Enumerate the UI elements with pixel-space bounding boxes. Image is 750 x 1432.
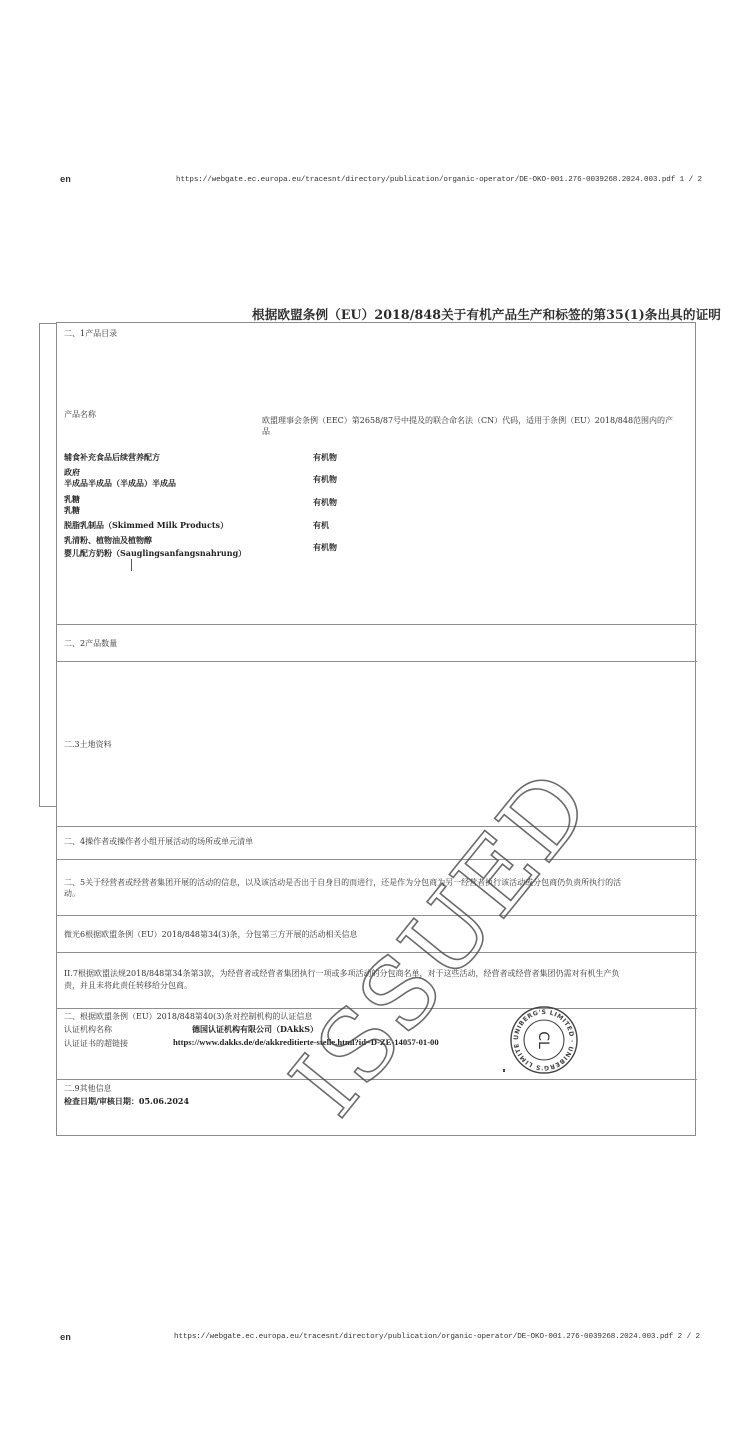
ink-dot — [503, 1069, 505, 1072]
product-3-line-0: 脱脂乳制品（Skimmed Milk Products） — [64, 520, 228, 531]
product-2-status: 有机物 — [313, 497, 337, 508]
page-language: en — [60, 175, 71, 185]
product-2-line-1: 乳糖 — [64, 505, 80, 516]
text-cursor-mark — [131, 559, 132, 571]
seal-center-text: CL — [535, 1031, 551, 1049]
document-title: 根据欧盟条例（EU）2018/848关于有机产品生产和标签的第35(1)条出具的… — [252, 304, 721, 323]
divider — [56, 661, 697, 662]
section-3-heading: 二.3土地资料 — [64, 739, 112, 750]
cn-code-note: 欧盟理事会条例（EEC）第2658/87号中提及的联合命名法（CN）代码，适用于… — [262, 415, 673, 426]
product-0-line-0: 辅食补充食品后续营养配方 — [64, 452, 160, 463]
section-9-heading: 二.9其他信息 — [64, 1083, 112, 1094]
product-name-label: 产品名称 — [64, 409, 96, 420]
section-6-heading: 微光6根据欧盟条例（EU）2018/848第34(3)条，分包第三方开展的活动相… — [64, 929, 358, 940]
cert-link-label: 认证证书的超链接 — [64, 1038, 128, 1049]
cert-body-label: 认证机构名称 — [64, 1024, 112, 1035]
cn-code-note-cont: 品 — [262, 426, 270, 437]
product-1-line-1: 半成品半成品（半成品）半成品 — [64, 478, 176, 489]
product-4-line-1: 婴儿配方奶粉（Sauglingsanfangsnahrung） — [64, 548, 246, 559]
divider — [56, 624, 697, 625]
source-url-link[interactable]: https://webgate.ec.europa.eu/tracesnt/di… — [176, 176, 675, 184]
section-2-heading: 二、2产品数量 — [64, 638, 117, 649]
company-seal-icon: UNIBERG'S LIMITED · UNIBERG'S LIMITED · … — [508, 1004, 580, 1076]
section-1-heading: 二、1产品目录 — [64, 328, 117, 339]
inspection-date: 检查日期/审核日期：05.06.2024 — [64, 1096, 189, 1107]
divider — [56, 859, 697, 860]
product-1-status: 有机物 — [313, 474, 337, 485]
source-url-link-2[interactable]: https://webgate.ec.europa.eu/tracesnt/di… — [174, 1333, 673, 1341]
product-4-status: 有机物 — [313, 542, 337, 553]
divider — [56, 915, 697, 916]
product-2-line-0: 乳糖 — [64, 494, 80, 505]
section-4-heading: 二、4操作者或操作者小组开展活动的场所或单元清单 — [64, 836, 253, 847]
page-source-url-2: https://webgate.ec.europa.eu/tracesnt/di… — [174, 1333, 700, 1341]
page-number-2: 2 / 2 — [678, 1333, 700, 1341]
section-5-heading-cont: 动。 — [64, 888, 80, 899]
section-7-heading-cont: 责，并且未将此责任转移给分包商。 — [64, 980, 192, 991]
product-1-line-0: 政府 — [64, 467, 80, 478]
product-3-status: 有机 — [313, 520, 329, 531]
section-bracket — [39, 323, 57, 807]
page-language-2: en — [60, 1333, 71, 1343]
product-0-status: 有机物 — [313, 452, 337, 463]
product-4-line-0: 乳清粉、植物油及植物醇 — [64, 535, 152, 546]
section-8-heading: 二、根据欧盟条例（EU）2018/848第40(3)条对控制机构的认证信息 — [64, 1011, 312, 1022]
page-number: 1 / 2 — [680, 176, 702, 184]
page-source-url: https://webgate.ec.europa.eu/tracesnt/di… — [176, 176, 702, 184]
